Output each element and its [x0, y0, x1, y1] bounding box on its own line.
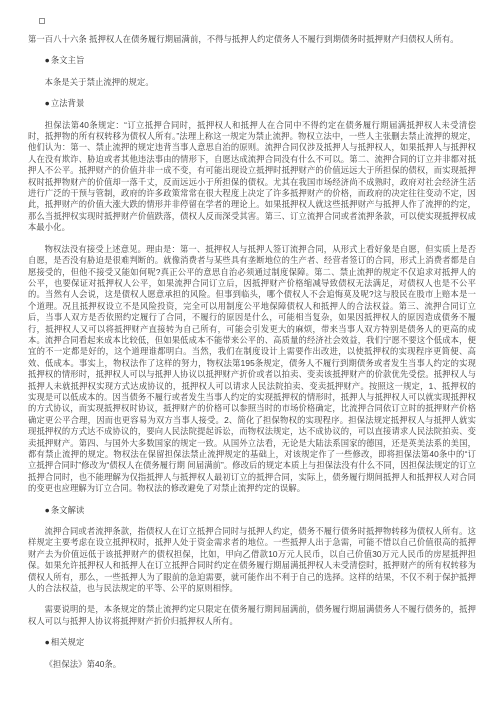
- page-marker-icon: [39, 18, 45, 24]
- section-heading-label: 相关规定: [51, 637, 85, 647]
- section-heading-xiangguan-guiding: ●相关规定: [28, 637, 476, 648]
- section-heading-label: 立法背景: [51, 98, 85, 108]
- section-heading-tiaowen-jiedu: ●条文解读: [28, 505, 476, 516]
- section-heading-label: 条文解读: [51, 505, 85, 515]
- article-title: 第一百八十六条 抵押权人在债务履行期届满前，不得与抵押人约定债务人不履行到期债务…: [28, 34, 476, 45]
- bullet-icon: ●: [45, 98, 50, 109]
- paragraph-legislative-background-2: 物权法没有接受上述意见。理由是：第一、抵押权人与抵押人签订流押合同，从形式上看好…: [28, 244, 476, 495]
- paragraph-interpretation-2: 需要说明的是，本条规定的禁止流押约定只限定在债务履行期间届满前，债务履行期届满债…: [28, 604, 476, 627]
- section-heading-tiaowen-zhuzhi: ●条文主旨: [28, 55, 476, 66]
- bullet-icon: ●: [45, 505, 50, 516]
- paragraph-related-provisions: 《担保法》第40条。: [28, 659, 476, 670]
- bullet-icon: ●: [45, 55, 50, 66]
- paragraph-interpretation-1: 流押合同或者流押条款，指债权人在订立抵押合同时与抵押人约定，债务不履行债务时抵押…: [28, 526, 476, 594]
- section-heading-label: 条文主旨: [51, 55, 85, 65]
- document-page: 第一百八十六条 抵押权人在债务履行期届满前，不得与抵押人约定债务人不履行到期债务…: [0, 0, 504, 713]
- paragraph-legislative-background-1: 担保法第40条规定：“订立抵押合同时，抵押权人和抵押人在合同中不得约定在债务履行…: [28, 120, 476, 234]
- section-heading-lifa-beijing: ●立法背景: [28, 98, 476, 109]
- bullet-icon: ●: [45, 637, 50, 648]
- paragraph-main-point: 本条是关于禁止流押的规定。: [28, 77, 476, 88]
